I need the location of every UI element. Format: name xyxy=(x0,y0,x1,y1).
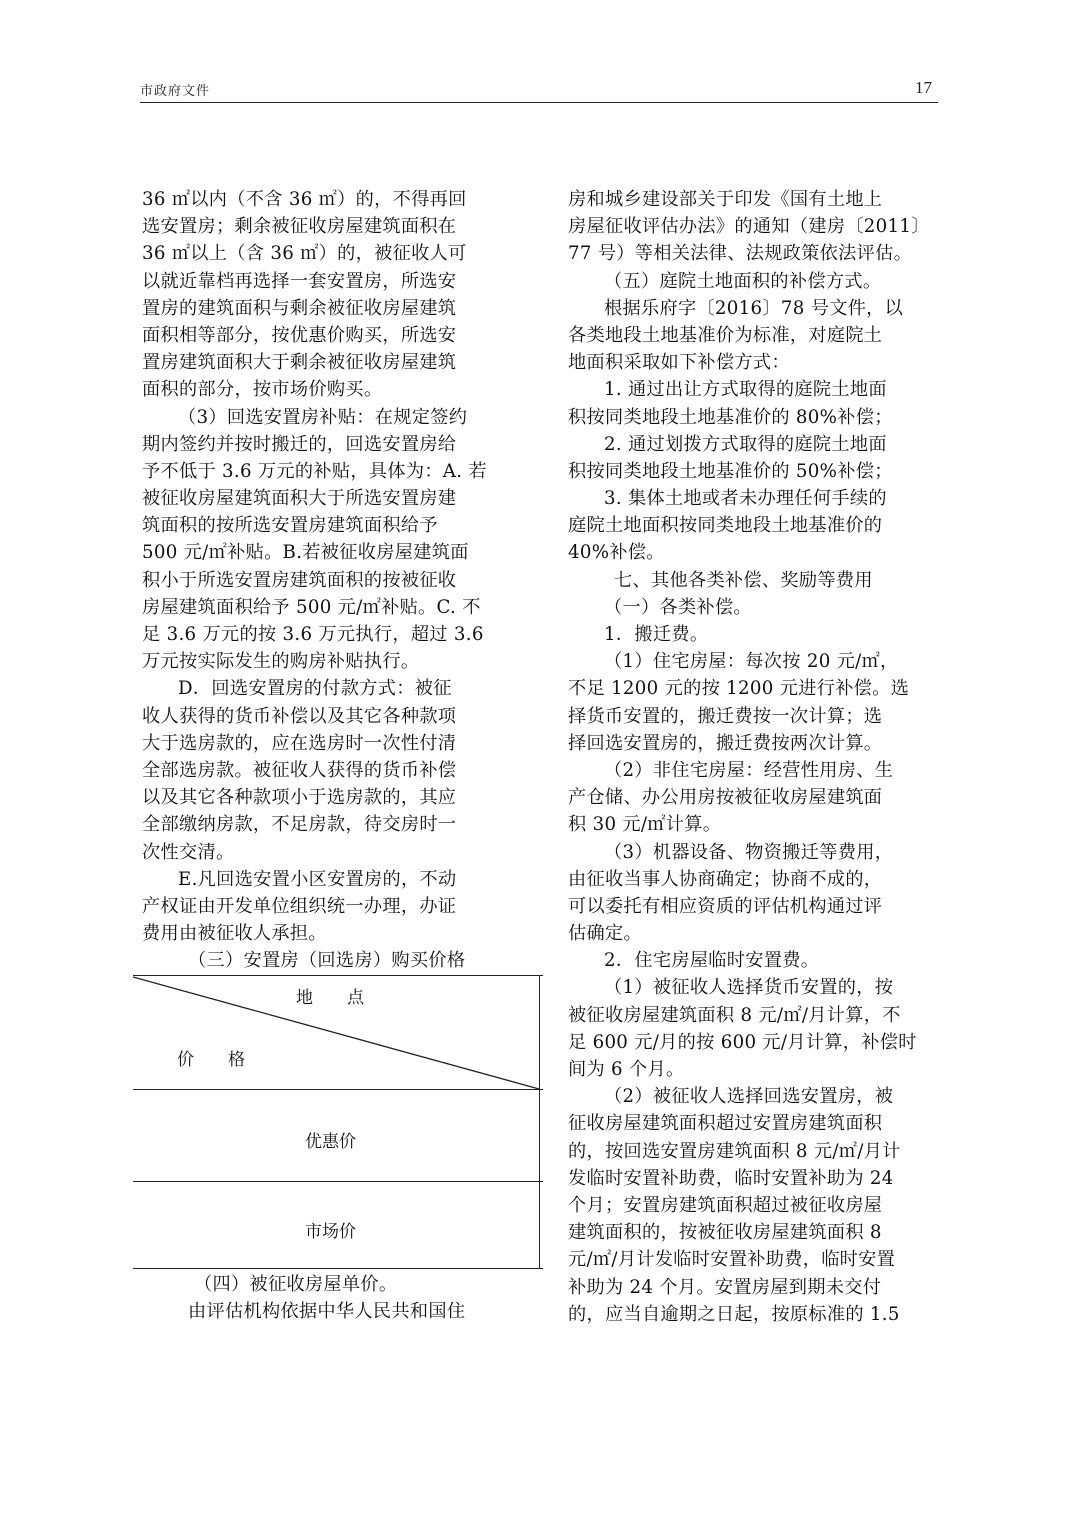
text-line: 元/㎡/月计发临时安置补助费，临时安置 xyxy=(568,1246,940,1273)
page-number: 17 xyxy=(915,78,932,98)
text-line: 征收房屋建筑面积超过安置房建筑面积 xyxy=(568,1110,940,1137)
text-line: 以及其它各种款项小于选房款的，其应 xyxy=(142,784,514,811)
text-line: 建筑面积的，按被征收房屋建筑面积 8 xyxy=(568,1219,940,1246)
text-line: 间为 6 个月。 xyxy=(568,1056,940,1083)
text-line: （3）机器设备、物资搬迁等费用， xyxy=(568,839,940,866)
text-line: 足 3.6 万元的按 3.6 万元执行，超过 3.6 xyxy=(142,621,514,648)
text-line: 40%补偿。 xyxy=(568,539,940,566)
text-line: 产权证由开发单位组织统一办理，办证 xyxy=(142,893,514,920)
text-line: 由征收当事人协商确定；协商不成的， xyxy=(568,866,940,893)
text-line: （2）非住宅房屋：经营性用房、生 xyxy=(568,757,940,784)
text-line: 积小于所选安置房建筑面积的按被征收 xyxy=(142,567,514,594)
text-line: 1．搬迁费。 xyxy=(568,621,940,648)
text-line: 被征收房屋建筑面积 8 元/㎡/月计算，不 xyxy=(568,1002,940,1029)
text-line: 收人获得的货币补偿以及其它各种款项 xyxy=(142,703,514,730)
text-line: 庭院土地面积按同类地段土地基准价的 xyxy=(568,512,940,539)
page-header: 市政府文件 17 xyxy=(140,78,938,103)
row-market-price: 市场价 xyxy=(305,1217,356,1242)
text-line: 36 ㎡以内（不含 36 ㎡）的，不得再回 xyxy=(142,186,514,213)
table-caption: （三）安置房（回选房）购买价格 xyxy=(142,947,514,974)
text-line: 不足 1200 元的按 1200 元进行补偿。选 xyxy=(568,675,940,702)
text-line: 补助为 24 个月。安置房屋到期未交付 xyxy=(568,1274,940,1301)
text-line: 万元按实际发生的购房补贴执行。 xyxy=(142,648,514,675)
text-line: 的，应当自逾期之日起，按原标准的 1.5 xyxy=(568,1301,940,1328)
text-line: 予不低于 3.6 万元的补贴，具体为：A. 若 xyxy=(142,458,514,485)
text-line: 77 号）等相关法律、法规政策依法评估。 xyxy=(568,240,940,267)
text-line: 择回选安置房的，搬迁费按两次计算。 xyxy=(568,730,940,757)
text-line: 2. 通过划拨方式取得的庭院土地面 xyxy=(568,431,940,458)
left-column-after-table: （四）被征收房屋单价。 由评估机构依据中华人民共和国住 xyxy=(142,1271,514,1325)
text-line: E.凡回选安置小区安置房的，不动 xyxy=(142,866,514,893)
text-line: 筑面积的按所选安置房建筑面积给予 xyxy=(142,512,514,539)
row-divider xyxy=(133,1181,543,1182)
text-line: 次性交清。 xyxy=(142,839,514,866)
text-line: 各类地段土地基准价为标准，对庭院土 xyxy=(568,322,940,349)
row-preferential-price: 优惠价 xyxy=(305,1127,356,1152)
text-line: 2．住宅房屋临时安置费。 xyxy=(568,947,940,974)
row-divider xyxy=(133,1089,543,1090)
text-line: （1）被征收人选择货币安置的，按 xyxy=(568,974,940,1001)
text-line: （一）各类补偿。 xyxy=(568,594,940,621)
right-column: 房和城乡建设部关于印发《国有土地上 房屋征收评估办法》的通知（建房〔2011〕 … xyxy=(568,186,940,1328)
text-line: 积按同类地段土地基准价的 80%补偿； xyxy=(568,404,940,431)
text-line: 置房的建筑面积与剩余被征收房屋建筑 xyxy=(142,295,514,322)
text-line: 36 ㎡以上（含 36 ㎡）的，被征收人可 xyxy=(142,240,514,267)
text-line: 产仓储、办公用房按被征收房屋建筑面 xyxy=(568,784,940,811)
text-line: 的，按回选安置房建筑面积 8 元/㎡/月计 xyxy=(568,1138,940,1165)
text-line: 面积相等部分，按优惠价购买，所选安 xyxy=(142,322,514,349)
text-line: 被征收房屋建筑面积大于所选安置房建 xyxy=(142,485,514,512)
text-line: 房屋征收评估办法》的通知（建房〔2011〕 xyxy=(568,213,940,240)
text-line: 估确定。 xyxy=(568,920,940,947)
text-line: 3. 集体土地或者未办理任何手续的 xyxy=(568,485,940,512)
text-line: 全部选房款。被征收人获得的货币补偿 xyxy=(142,757,514,784)
text-line: 根据乐府字〔2016〕78 号文件，以 xyxy=(568,295,940,322)
text-line: 足 600 元/月的按 600 元/月计算，补偿时 xyxy=(568,1029,940,1056)
text-line: 全部缴纳房款，不足房款，待交房时一 xyxy=(142,811,514,838)
text-line: 房和城乡建设部关于印发《国有土地上 xyxy=(568,186,940,213)
header-price: 价 格 xyxy=(177,1045,245,1070)
text-line: 积 30 元/㎡计算。 xyxy=(568,811,940,838)
text-line: 择货币安置的，搬迁费按一次计算；选 xyxy=(568,703,940,730)
text-line: 房屋建筑面积给予 500 元/㎡补贴。C. 不 xyxy=(142,594,514,621)
text-line: 费用由被征收人承担。 xyxy=(142,920,514,947)
text-line: 以就近靠档再选择一套安置房，所选安 xyxy=(142,268,514,295)
text-line: 置房建筑面积大于剩余被征收房屋建筑 xyxy=(142,349,514,376)
text-line: D．回选安置房的付款方式：被征 xyxy=(142,675,514,702)
text-line: （五）庭院土地面积的补偿方式。 xyxy=(568,268,940,295)
text-line: （3）回选安置房补贴：在规定签约 xyxy=(142,404,514,431)
text-line: 发临时安置补助费，临时安置补助为 24 xyxy=(568,1165,940,1192)
text-line: （1）住宅房屋：每次按 20 元/㎡， xyxy=(568,648,940,675)
section-heading: 七、其他各类补偿、奖励等费用 xyxy=(568,567,940,594)
text-line: 由评估机构依据中华人民共和国住 xyxy=(142,1298,514,1325)
left-column: 36 ㎡以内（不含 36 ㎡）的，不得再回 选安置房；剩余被征收房屋建筑面积在 … xyxy=(142,186,514,974)
header-location: 地 点 xyxy=(296,983,364,1008)
text-line: 大于选房款的，应在选房时一次性付清 xyxy=(142,730,514,757)
text-line: 积按同类地段土地基准价的 50%补偿； xyxy=(568,458,940,485)
text-line: 面积的部分，按市场价购买。 xyxy=(142,376,514,403)
text-line: 500 元/㎡补贴。B.若被征收房屋建筑面 xyxy=(142,539,514,566)
header-title: 市政府文件 xyxy=(140,80,210,99)
text-line: 可以委托有相应资质的评估机构通过评 xyxy=(568,893,940,920)
text-line: （2）被征收人选择回选安置房，被 xyxy=(568,1083,940,1110)
text-line: 选安置房；剩余被征收房屋建筑面积在 xyxy=(142,213,514,240)
row-divider xyxy=(133,1268,543,1269)
text-line: （四）被征收房屋单价。 xyxy=(142,1271,514,1298)
text-line: 地面积采取如下补偿方式： xyxy=(568,349,940,376)
text-line: 1. 通过出让方式取得的庭院土地面 xyxy=(568,376,940,403)
text-line: 期内签约并按时搬迁的，回选安置房给 xyxy=(142,431,514,458)
text-line: 个月；安置房建筑面积超过被征收房屋 xyxy=(568,1192,940,1219)
